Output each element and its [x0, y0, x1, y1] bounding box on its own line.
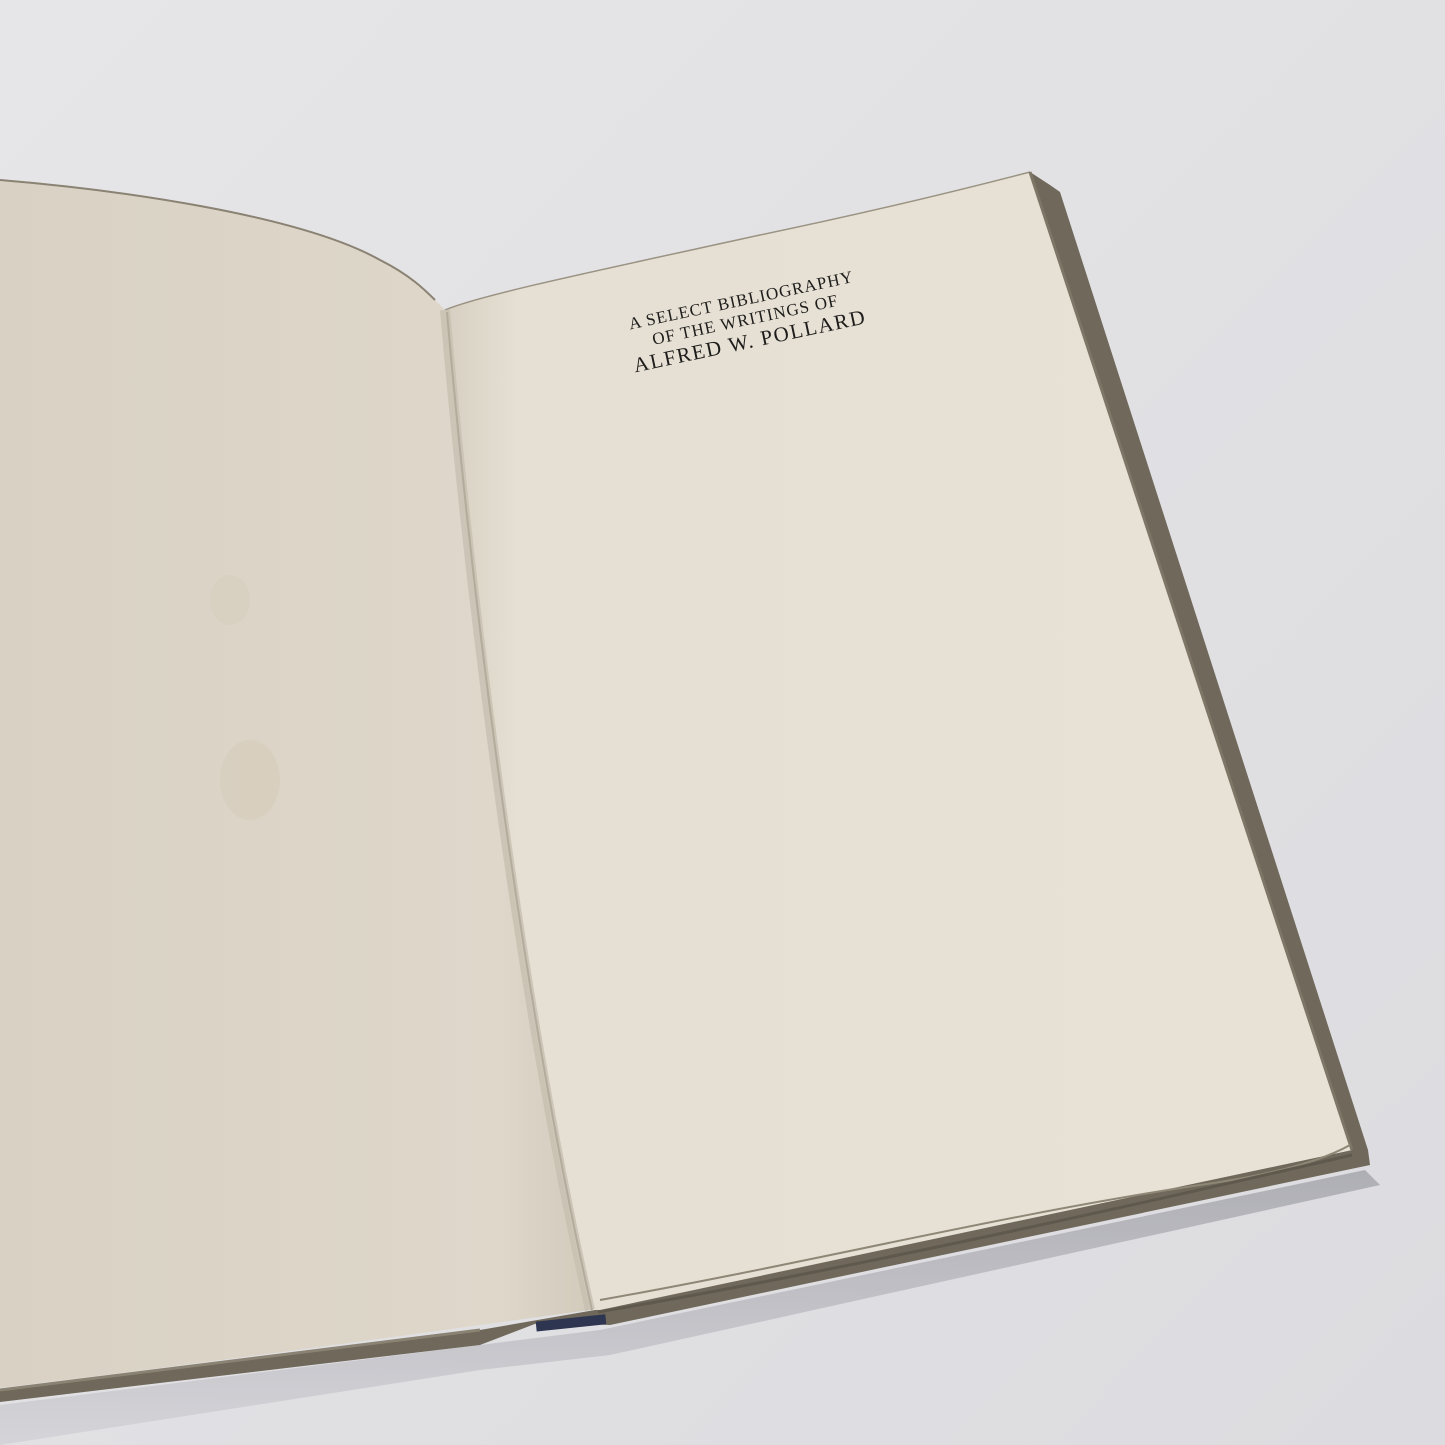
foxing-spot	[210, 575, 250, 625]
foxing-spot	[220, 740, 280, 820]
book-photo	[0, 0, 1445, 1445]
